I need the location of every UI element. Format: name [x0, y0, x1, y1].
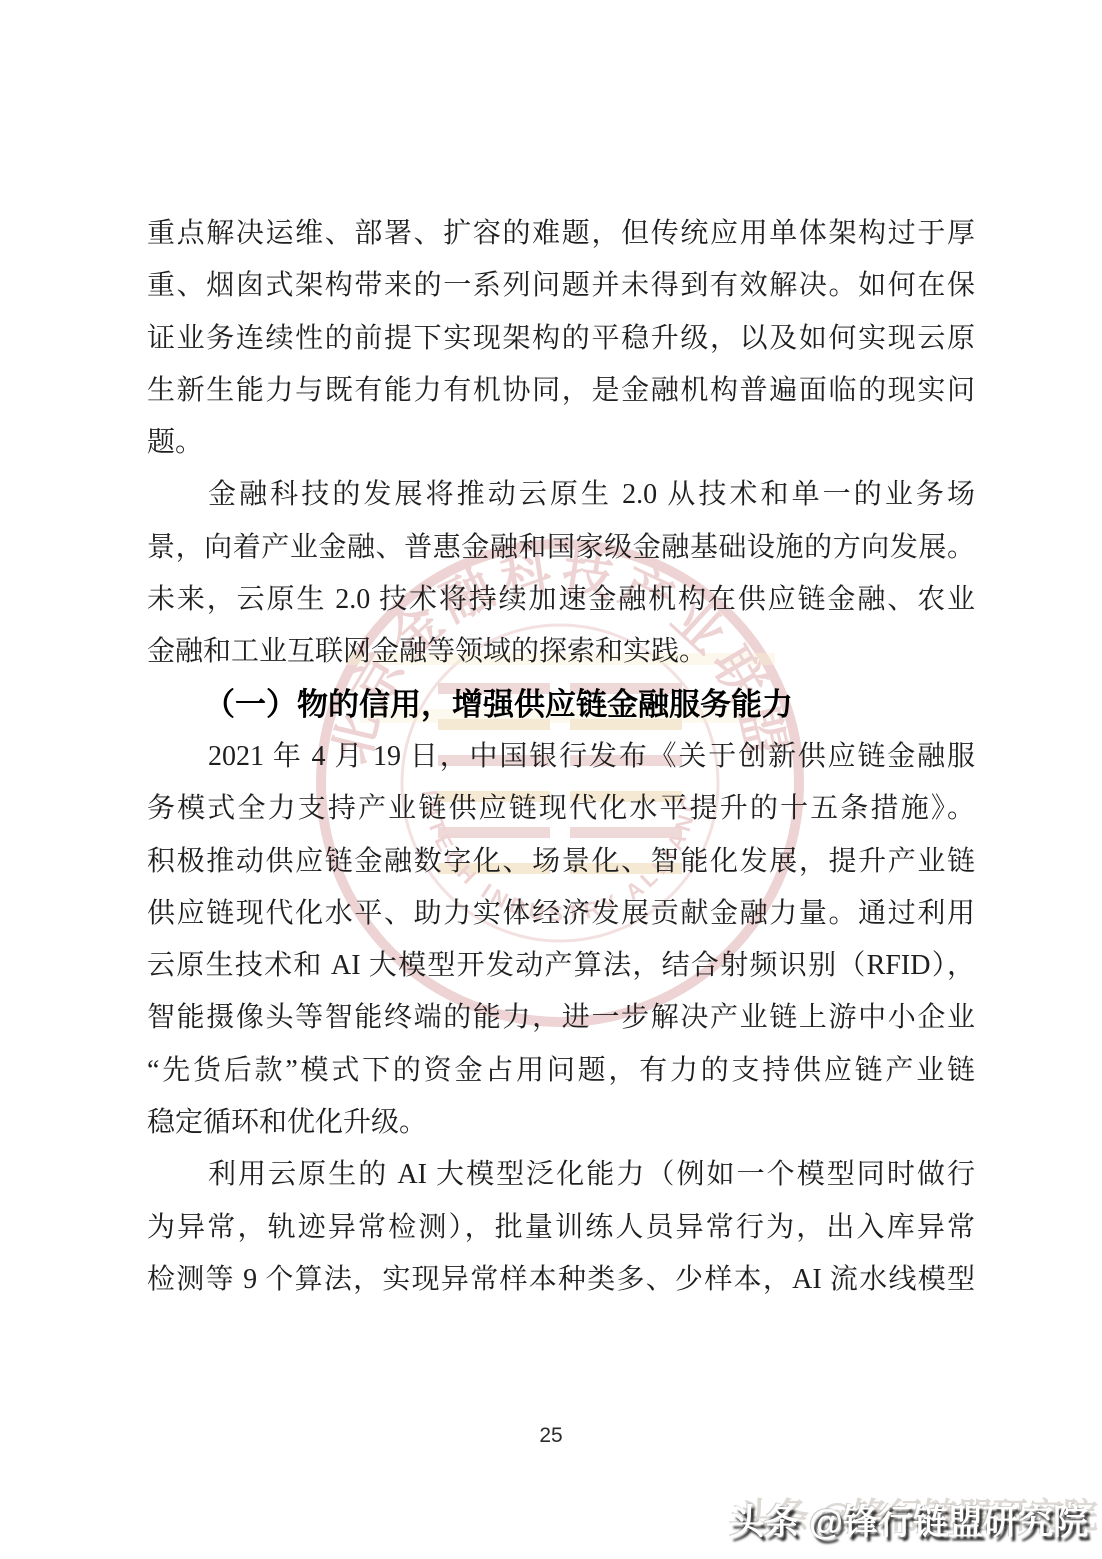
text-line: 利用云原生的 AI 大模型泛化能力（例如一个模型同时做行 — [147, 1149, 975, 1201]
paragraph: 2021 年 4 月 19 日，中国银行发布《关于创新供应链金融服务模式全力支持… — [147, 731, 975, 1149]
text-line: 金融科技的发展将推动云原生 2.0 从技术和单一的业务场 — [147, 469, 975, 521]
text-line: 生新生能力与既有能力有机协同，是金融机构普遍面临的现实问 — [147, 365, 975, 417]
text-line: 为异常，轨迹异常检测），批量训练人员异常行为，出入库异常 — [147, 1202, 975, 1254]
text-line: 智能摄像头等智能终端的能力，进一步解决产业链上游中小企业 — [147, 992, 975, 1044]
text-line: 景，向着产业金融、普惠金融和国家级金融基础设施的方向发展。 — [147, 522, 975, 574]
document-page: 北京金融科技产业联盟 FINTECH INDUSTRY ALLIANCE 重点解… — [0, 0, 1102, 1559]
text-line: 务模式全力支持产业链供应链现代化水平提升的十五条措施》。 — [147, 783, 975, 835]
text-line: 云原生技术和 AI 大模型开发动产算法，结合射频识别（RFID）， — [147, 940, 975, 992]
text-line: 2021 年 4 月 19 日，中国银行发布《关于创新供应链金融服 — [147, 731, 975, 783]
document-text-block: 重点解决运维、部署、扩容的难题，但传统应用单体架构过于厚重、烟囱式架构带来的一系… — [147, 208, 975, 1306]
text-line: 重点解决运维、部署、扩容的难题，但传统应用单体架构过于厚 — [147, 208, 975, 260]
text-line: 金融和工业互联网金融等领域的探索和实践。 — [147, 626, 975, 678]
paragraph: 利用云原生的 AI 大模型泛化能力（例如一个模型同时做行为异常，轨迹异常检测），… — [147, 1149, 975, 1306]
text-line: “先货后款”模式下的资金占用问题，有力的支持供应链产业链 — [147, 1045, 975, 1097]
text-line: 检测等 9 个算法，实现异常样本种类多、少样本，AI 流水线模型 — [147, 1254, 975, 1306]
text-line: 未来，云原生 2.0 技术将持续加速金融机构在供应链金融、农业 — [147, 574, 975, 626]
page-number: 25 — [0, 1424, 1102, 1448]
text-line: 重、烟囱式架构带来的一系列问题并未得到有效解决。如何在保 — [147, 260, 975, 312]
paragraph: 重点解决运维、部署、扩容的难题，但传统应用单体架构过于厚重、烟囱式架构带来的一系… — [147, 208, 975, 469]
text-line: 积极推动供应链金融数字化、场景化、智能化发展，提升产业链 — [147, 836, 975, 888]
text-line: 供应链现代化水平、助力实体经济发展贡献金融力量。通过利用 — [147, 888, 975, 940]
text-line: 证业务连续性的前提下实现架构的平稳升级，以及如何实现云原 — [147, 313, 975, 365]
text-line: 稳定循环和优化升级。 — [147, 1097, 975, 1149]
section-heading: （一）物的信用，增强供应链金融服务能力 — [147, 679, 975, 731]
toutiao-channel-watermark: 头条 @锋行链盟研究院 — [729, 1495, 1088, 1545]
paragraph: 金融科技的发展将推动云原生 2.0 从技术和单一的业务场景，向着产业金融、普惠金… — [147, 469, 975, 678]
text-line: 题。 — [147, 417, 975, 469]
